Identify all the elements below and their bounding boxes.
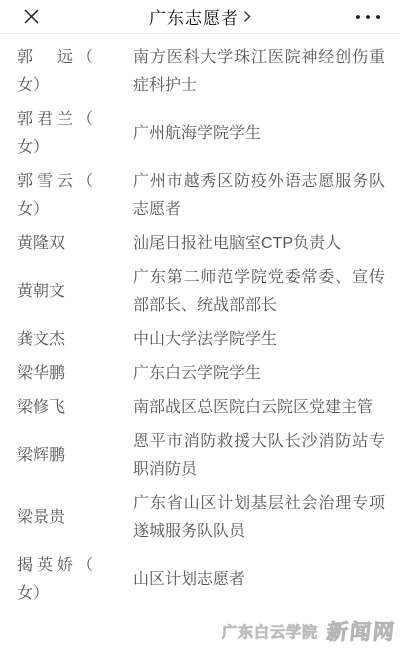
volunteer-name: 梁辉鹏 xyxy=(17,442,93,470)
table-row: 郭雪云（女） 广州市越秀区防疫外语志愿服务队志愿者 xyxy=(17,165,383,227)
volunteer-name: 揭英娇（女） xyxy=(17,552,93,608)
chevron-right-icon xyxy=(243,10,251,23)
volunteer-desc: 南方医科大学珠江医院神经创伤重症科护士 xyxy=(133,44,385,100)
volunteer-desc: 广东白云学院学生 xyxy=(133,360,385,388)
page-title[interactable]: 广东志愿者 xyxy=(149,4,251,29)
volunteer-desc: 广东第二师范学院党委常委、宣传部部长、统战部部长 xyxy=(133,264,385,320)
table-row: 揭英娇（女） 山区计划志愿者 xyxy=(17,549,383,611)
table-row: 黄隆双 汕尾日报社电脑室CTP负责人 xyxy=(17,227,383,261)
volunteer-desc: 南部战区总医院白云院区党建主管 xyxy=(133,394,385,422)
volunteer-desc: 广东省山区计划基层社会治理专项遂城服务队队员 xyxy=(133,490,385,546)
volunteer-name: 黄朝文 xyxy=(17,278,93,306)
volunteer-name: 郭君兰（女） xyxy=(17,106,93,162)
table-row: 郭君兰（女） 广州航海学院学生 xyxy=(17,103,383,165)
volunteer-desc: 山区计划志愿者 xyxy=(133,566,385,594)
watermark-news: 新闻网 xyxy=(325,616,397,646)
volunteer-desc: 中山大学法学院学生 xyxy=(133,326,385,354)
volunteer-desc: 汕尾日报社电脑室CTP负责人 xyxy=(133,230,385,258)
volunteer-list: 郭 远（女） 南方医科大学珠江医院神经创伤重症科护士 郭君兰（女） 广州航海学院… xyxy=(0,34,400,611)
close-icon xyxy=(23,8,40,25)
volunteer-name: 郭 远（女） xyxy=(17,44,93,100)
header: 广东志愿者 xyxy=(0,0,400,34)
page-title-text: 广东志愿者 xyxy=(149,4,239,29)
volunteer-name: 黄隆双 xyxy=(17,230,93,258)
close-button[interactable] xyxy=(18,0,44,33)
more-button[interactable] xyxy=(350,0,386,33)
table-row: 郭 远（女） 南方医科大学珠江医院神经创伤重症科护士 xyxy=(17,41,383,103)
volunteer-desc: 恩平市消防救援大队长沙消防站专职消防员 xyxy=(133,428,385,484)
watermark: 广东白云学院 新闻网 xyxy=(222,616,396,646)
volunteer-desc: 广州航海学院学生 xyxy=(133,120,385,148)
table-row: 黄朝文 广东第二师范学院党委常委、宣传部部长、统战部部长 xyxy=(17,261,383,323)
volunteer-name: 龚文杰 xyxy=(17,326,93,354)
table-row: 梁景贵 广东省山区计划基层社会治理专项遂城服务队队员 xyxy=(17,487,383,549)
volunteer-name: 郭雪云（女） xyxy=(17,168,93,224)
table-row: 梁华鹏 广东白云学院学生 xyxy=(17,357,383,391)
table-row: 龚文杰 中山大学法学院学生 xyxy=(17,323,383,357)
table-row: 梁辉鹏 恩平市消防救援大队长沙消防站专职消防员 xyxy=(17,425,383,487)
volunteer-name: 梁修飞 xyxy=(17,394,93,422)
volunteer-name: 梁华鹏 xyxy=(17,360,93,388)
table-row: 梁修飞 南部战区总医院白云院区党建主管 xyxy=(17,391,383,425)
volunteer-desc: 广州市越秀区防疫外语志愿服务队志愿者 xyxy=(133,168,385,224)
ellipsis-icon xyxy=(355,14,381,20)
volunteer-name: 梁景贵 xyxy=(17,504,93,532)
watermark-school: 广东白云学院 xyxy=(222,621,318,642)
